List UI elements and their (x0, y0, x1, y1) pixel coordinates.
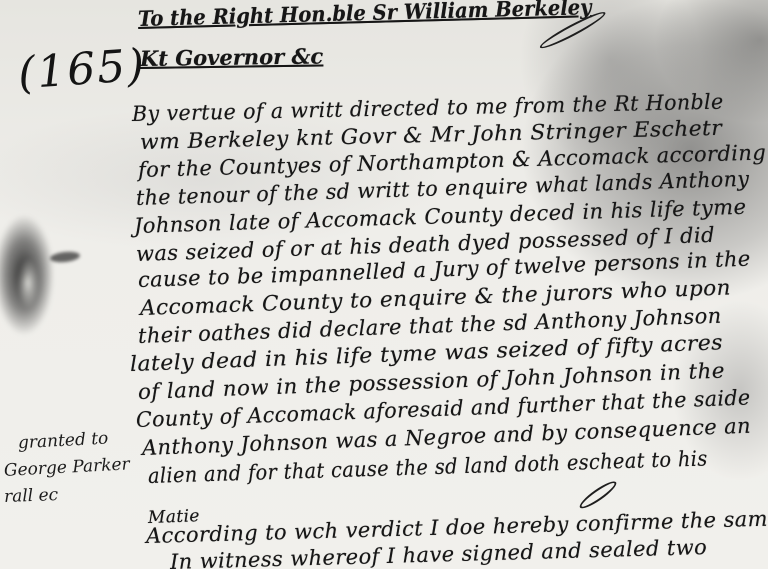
page-number: (165) (16, 40, 148, 100)
heading-line-1: To the Right Hon.ble Sr William Berkeley (138, 0, 592, 31)
margin-note-line: rall ec (0, 480, 120, 511)
margin-note: granted to George Parker rall ec (0, 428, 120, 509)
ink-blot-stain (0, 205, 64, 365)
heading-line-2: Kt Governor &c (140, 43, 324, 71)
manuscript-page: (165) To the Right Hon.ble Sr William Be… (0, 0, 768, 569)
line-end-flourish (577, 478, 619, 512)
